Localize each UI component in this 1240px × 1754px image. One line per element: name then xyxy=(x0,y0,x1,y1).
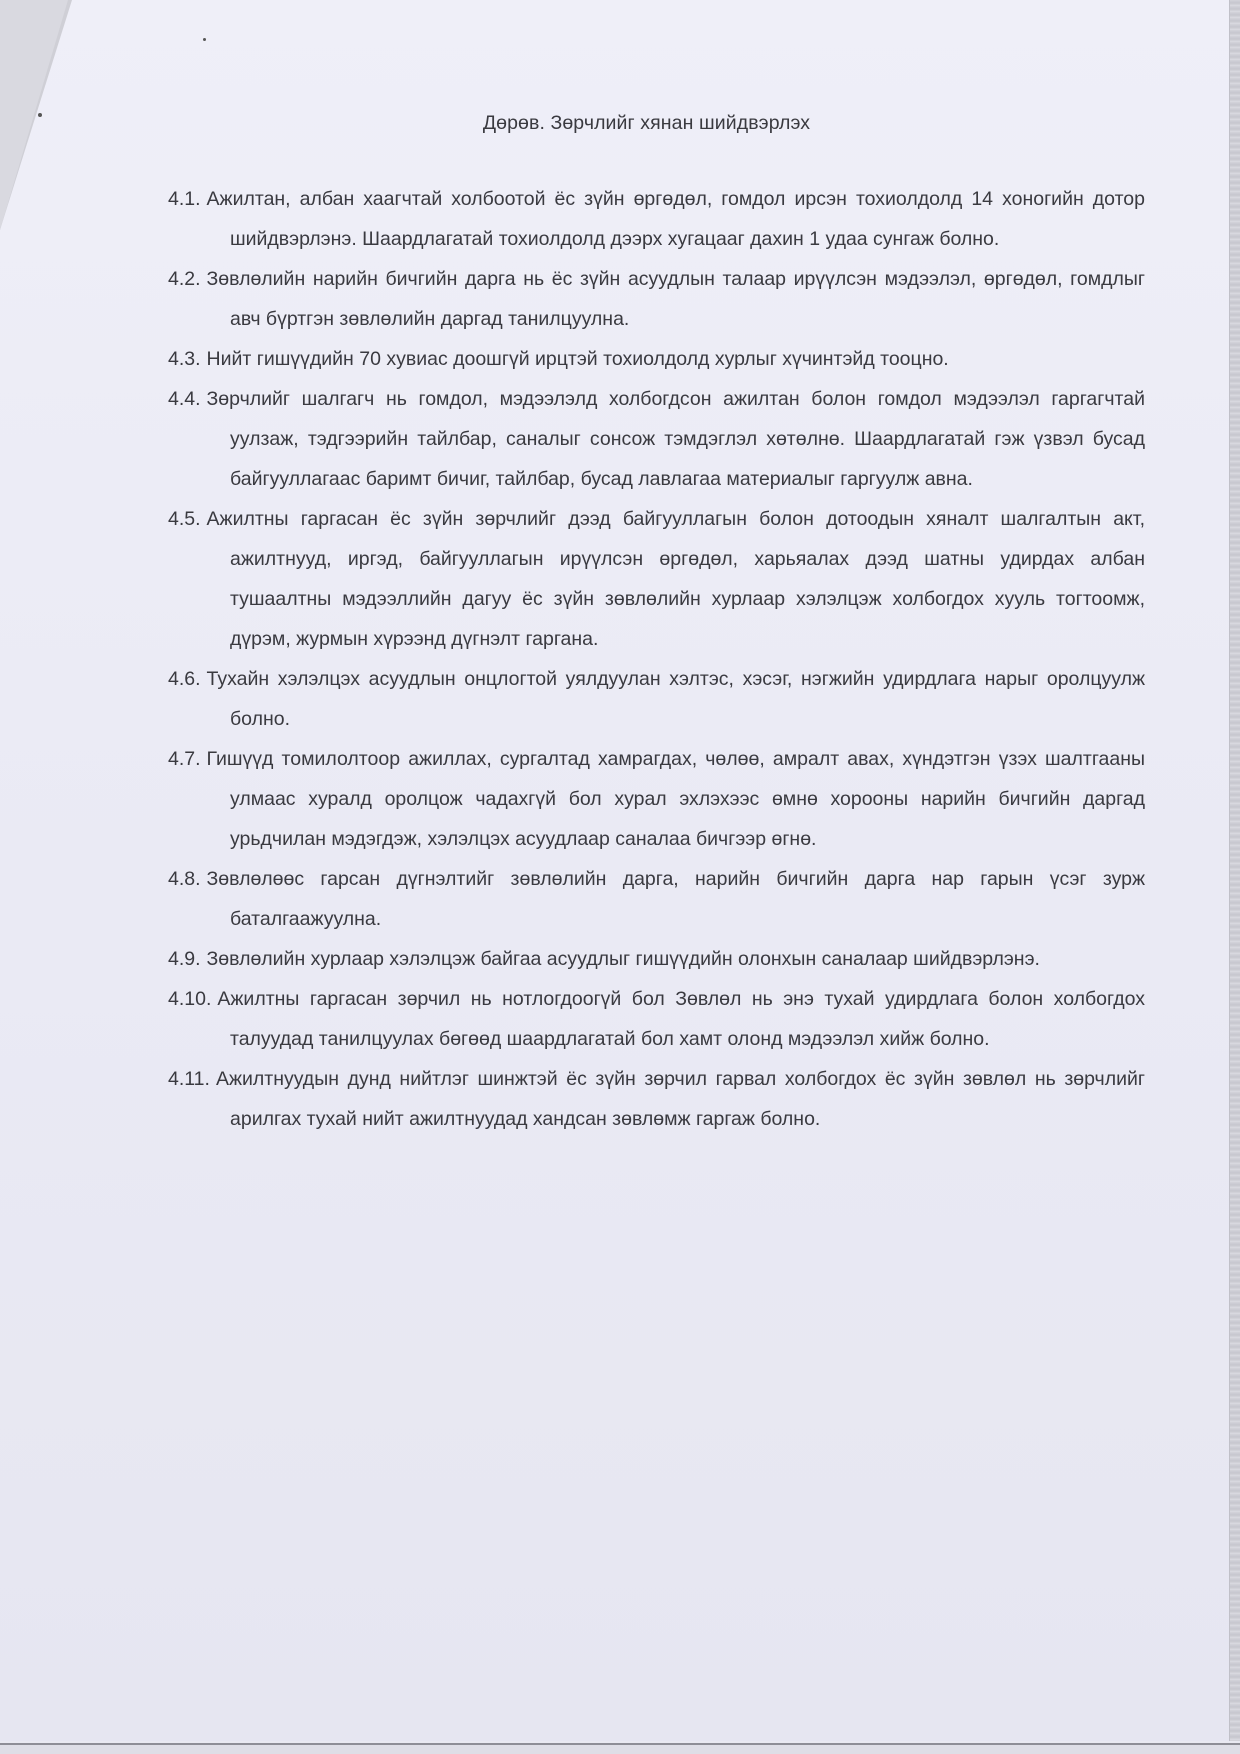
clause-number: 4.2. xyxy=(168,259,201,299)
page-bottom-edge xyxy=(0,1743,1240,1754)
clause-item: 4.5.Ажилтны гаргасан ёс зүйн зөрчлийг дэ… xyxy=(168,499,1145,659)
clause-number: 4.5. xyxy=(168,499,201,539)
clause-number: 4.7. xyxy=(168,739,201,779)
scan-speck xyxy=(38,113,42,117)
clause-text: Гишүүд томилолтоор ажиллах, сургалтад ха… xyxy=(207,748,1145,850)
clause-item: 4.2.Зөвлөлийн нарийн бичгийн дарга нь ёс… xyxy=(168,259,1145,339)
clause-item: 4.3.Нийт гишүүдийн 70 хувиас доошгүй ирц… xyxy=(168,339,1145,379)
clause-item: 4.6.Тухайн хэлэлцэх асуудлын онцлогтой у… xyxy=(168,659,1145,739)
clause-number: 4.3. xyxy=(168,339,201,379)
folded-corner-edge xyxy=(0,0,68,230)
scan-speck xyxy=(203,38,206,41)
clause-item: 4.7.Гишүүд томилолтоор ажиллах, сургалта… xyxy=(168,739,1145,859)
clause-text: Зөвлөлийн нарийн бичгийн дарга нь ёс зүй… xyxy=(207,268,1145,330)
clause-text: Ажилтны гаргасан зөрчил нь нотлогдоогүй … xyxy=(217,988,1145,1050)
clause-number: 4.10. xyxy=(168,979,211,1019)
clause-text: Нийт гишүүдийн 70 хувиас доошгүй ирцтэй … xyxy=(207,348,949,370)
document-body: Дөрөв. Зөрчлийг хянан шийдвэрлэх 4.1.Ажи… xyxy=(168,112,1145,1139)
page-right-edge xyxy=(1229,0,1240,1741)
clause-list: 4.1.Ажилтан, албан хаагчтай холбоотой ёс… xyxy=(168,179,1145,1139)
clause-text: Зөвлөлийн хурлаар хэлэлцэж байгаа асуудл… xyxy=(207,948,1040,970)
clause-text: Тухайн хэлэлцэх асуудлын онцлогтой уялду… xyxy=(207,668,1145,730)
clause-text: Зөвлөлөөс гарсан дүгнэлтийг зөвлөлийн да… xyxy=(207,868,1145,930)
section-heading: Дөрөв. Зөрчлийг хянан шийдвэрлэх xyxy=(168,112,1145,135)
clause-item: 4.11.Ажилтнуудын дунд нийтлэг шинжтэй ёс… xyxy=(168,1059,1145,1139)
clause-item: 4.4.Зөрчлийг шалгагч нь гомдол, мэдээлэл… xyxy=(168,379,1145,499)
clause-item: 4.1.Ажилтан, албан хаагчтай холбоотой ёс… xyxy=(168,179,1145,259)
clause-number: 4.6. xyxy=(168,659,201,699)
clause-text: Ажилтан, албан хаагчтай холбоотой ёс зүй… xyxy=(207,188,1145,250)
clause-number: 4.1. xyxy=(168,179,201,219)
clause-number: 4.8. xyxy=(168,859,201,899)
clause-text: Ажилтны гаргасан ёс зүйн зөрчлийг дээд б… xyxy=(207,508,1145,650)
clause-text: Зөрчлийг шалгагч нь гомдол, мэдээлэлд хо… xyxy=(207,388,1145,490)
clause-number: 4.9. xyxy=(168,939,201,979)
clause-item: 4.9.Зөвлөлийн хурлаар хэлэлцэж байгаа ас… xyxy=(168,939,1145,979)
clause-number: 4.11. xyxy=(168,1059,210,1099)
clause-item: 4.8.Зөвлөлөөс гарсан дүгнэлтийг зөвлөлий… xyxy=(168,859,1145,939)
clause-number: 4.4. xyxy=(168,379,201,419)
clause-item: 4.10.Ажилтны гаргасан зөрчил нь нотлогдо… xyxy=(168,979,1145,1059)
clause-text: Ажилтнуудын дунд нийтлэг шинжтэй ёс зүйн… xyxy=(216,1068,1145,1130)
